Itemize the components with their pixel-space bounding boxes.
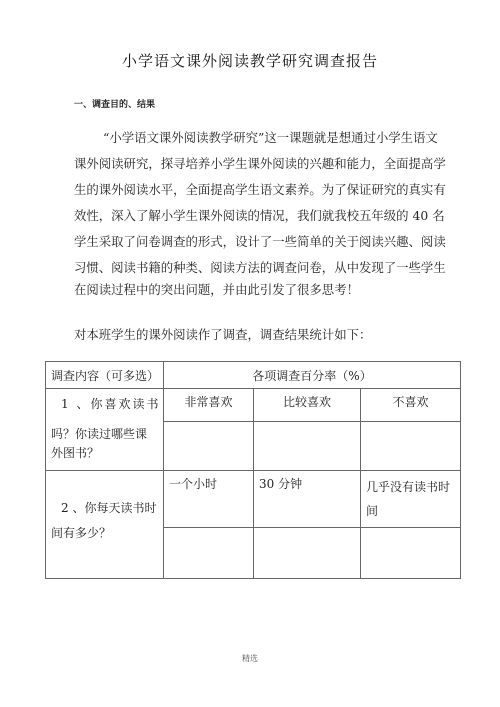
section-heading: 一、调查目的、结果 — [74, 97, 155, 110]
option-cell: 几乎没有读书时间 — [361, 471, 461, 528]
option-cell: 比较喜欢 — [254, 389, 361, 422]
value-cell — [164, 528, 254, 579]
question-line: 吗？你读过哪些课外图书？ — [51, 412, 151, 463]
question-cell: 1 、你喜欢读书 吗？你读过哪些课外图书？ — [46, 389, 164, 471]
paragraph-line: 效性，深入了解小学生课外阅读的情况，我们就我校五年级的 40 名 — [74, 206, 469, 224]
question-cell: 2 、你每天读书时 间有多少？ — [46, 471, 164, 579]
option-cell: 一个小时 — [164, 471, 254, 528]
paragraph-line: 习惯、阅读书籍的种类、阅读方法的调查问卷，从中发现了一些学生 — [74, 258, 469, 276]
option-cell: 非常喜欢 — [164, 389, 254, 422]
intro-text: 对本班学生的课外阅读作了调查，调查结果统计如下： — [74, 325, 371, 343]
paragraph-line: 生的课外阅读水平，全面提高学生语文素养。为了保证研究的真实有 — [74, 180, 469, 198]
question-line: 1 、你喜欢读书 — [51, 389, 163, 412]
survey-table: 调查内容（可多选） 各项调查百分率（%） 1 、你喜欢读书 吗？你读过哪些课外图… — [45, 361, 461, 579]
value-cell — [361, 528, 461, 579]
document-title: 小学语文课外阅读教学研究调查报告 — [0, 50, 500, 71]
header-survey-content: 调查内容（可多选） — [46, 362, 164, 389]
paragraph-line: “小学语文课外阅读教学研究”这一课题就是想通过小学生语文 — [103, 128, 498, 146]
option-cell: 30 分钟 — [254, 471, 361, 528]
paragraph-line: 学生采取了问卷调查的形式，设计了一些简单的关于阅读兴趣、阅读 — [74, 232, 469, 250]
value-cell — [254, 422, 361, 471]
header-percentage: 各项调查百分率（%） — [164, 362, 461, 389]
paragraph-line: 在阅读过程中的突出问题，并由此引发了很多思考！ — [74, 280, 469, 298]
question-line: 间有多少？ — [51, 516, 163, 541]
option-cell: 不喜欢 — [361, 389, 461, 422]
question-line: 2 、你每天读书时 — [51, 471, 163, 516]
value-cell — [254, 528, 361, 579]
value-cell — [361, 422, 461, 471]
paragraph-line: 课外阅读研究，探寻培养小学生课外阅读的兴趣和能力，全面提高学 — [74, 154, 469, 172]
value-cell — [164, 422, 254, 471]
footer-label: 精选 — [0, 653, 500, 664]
